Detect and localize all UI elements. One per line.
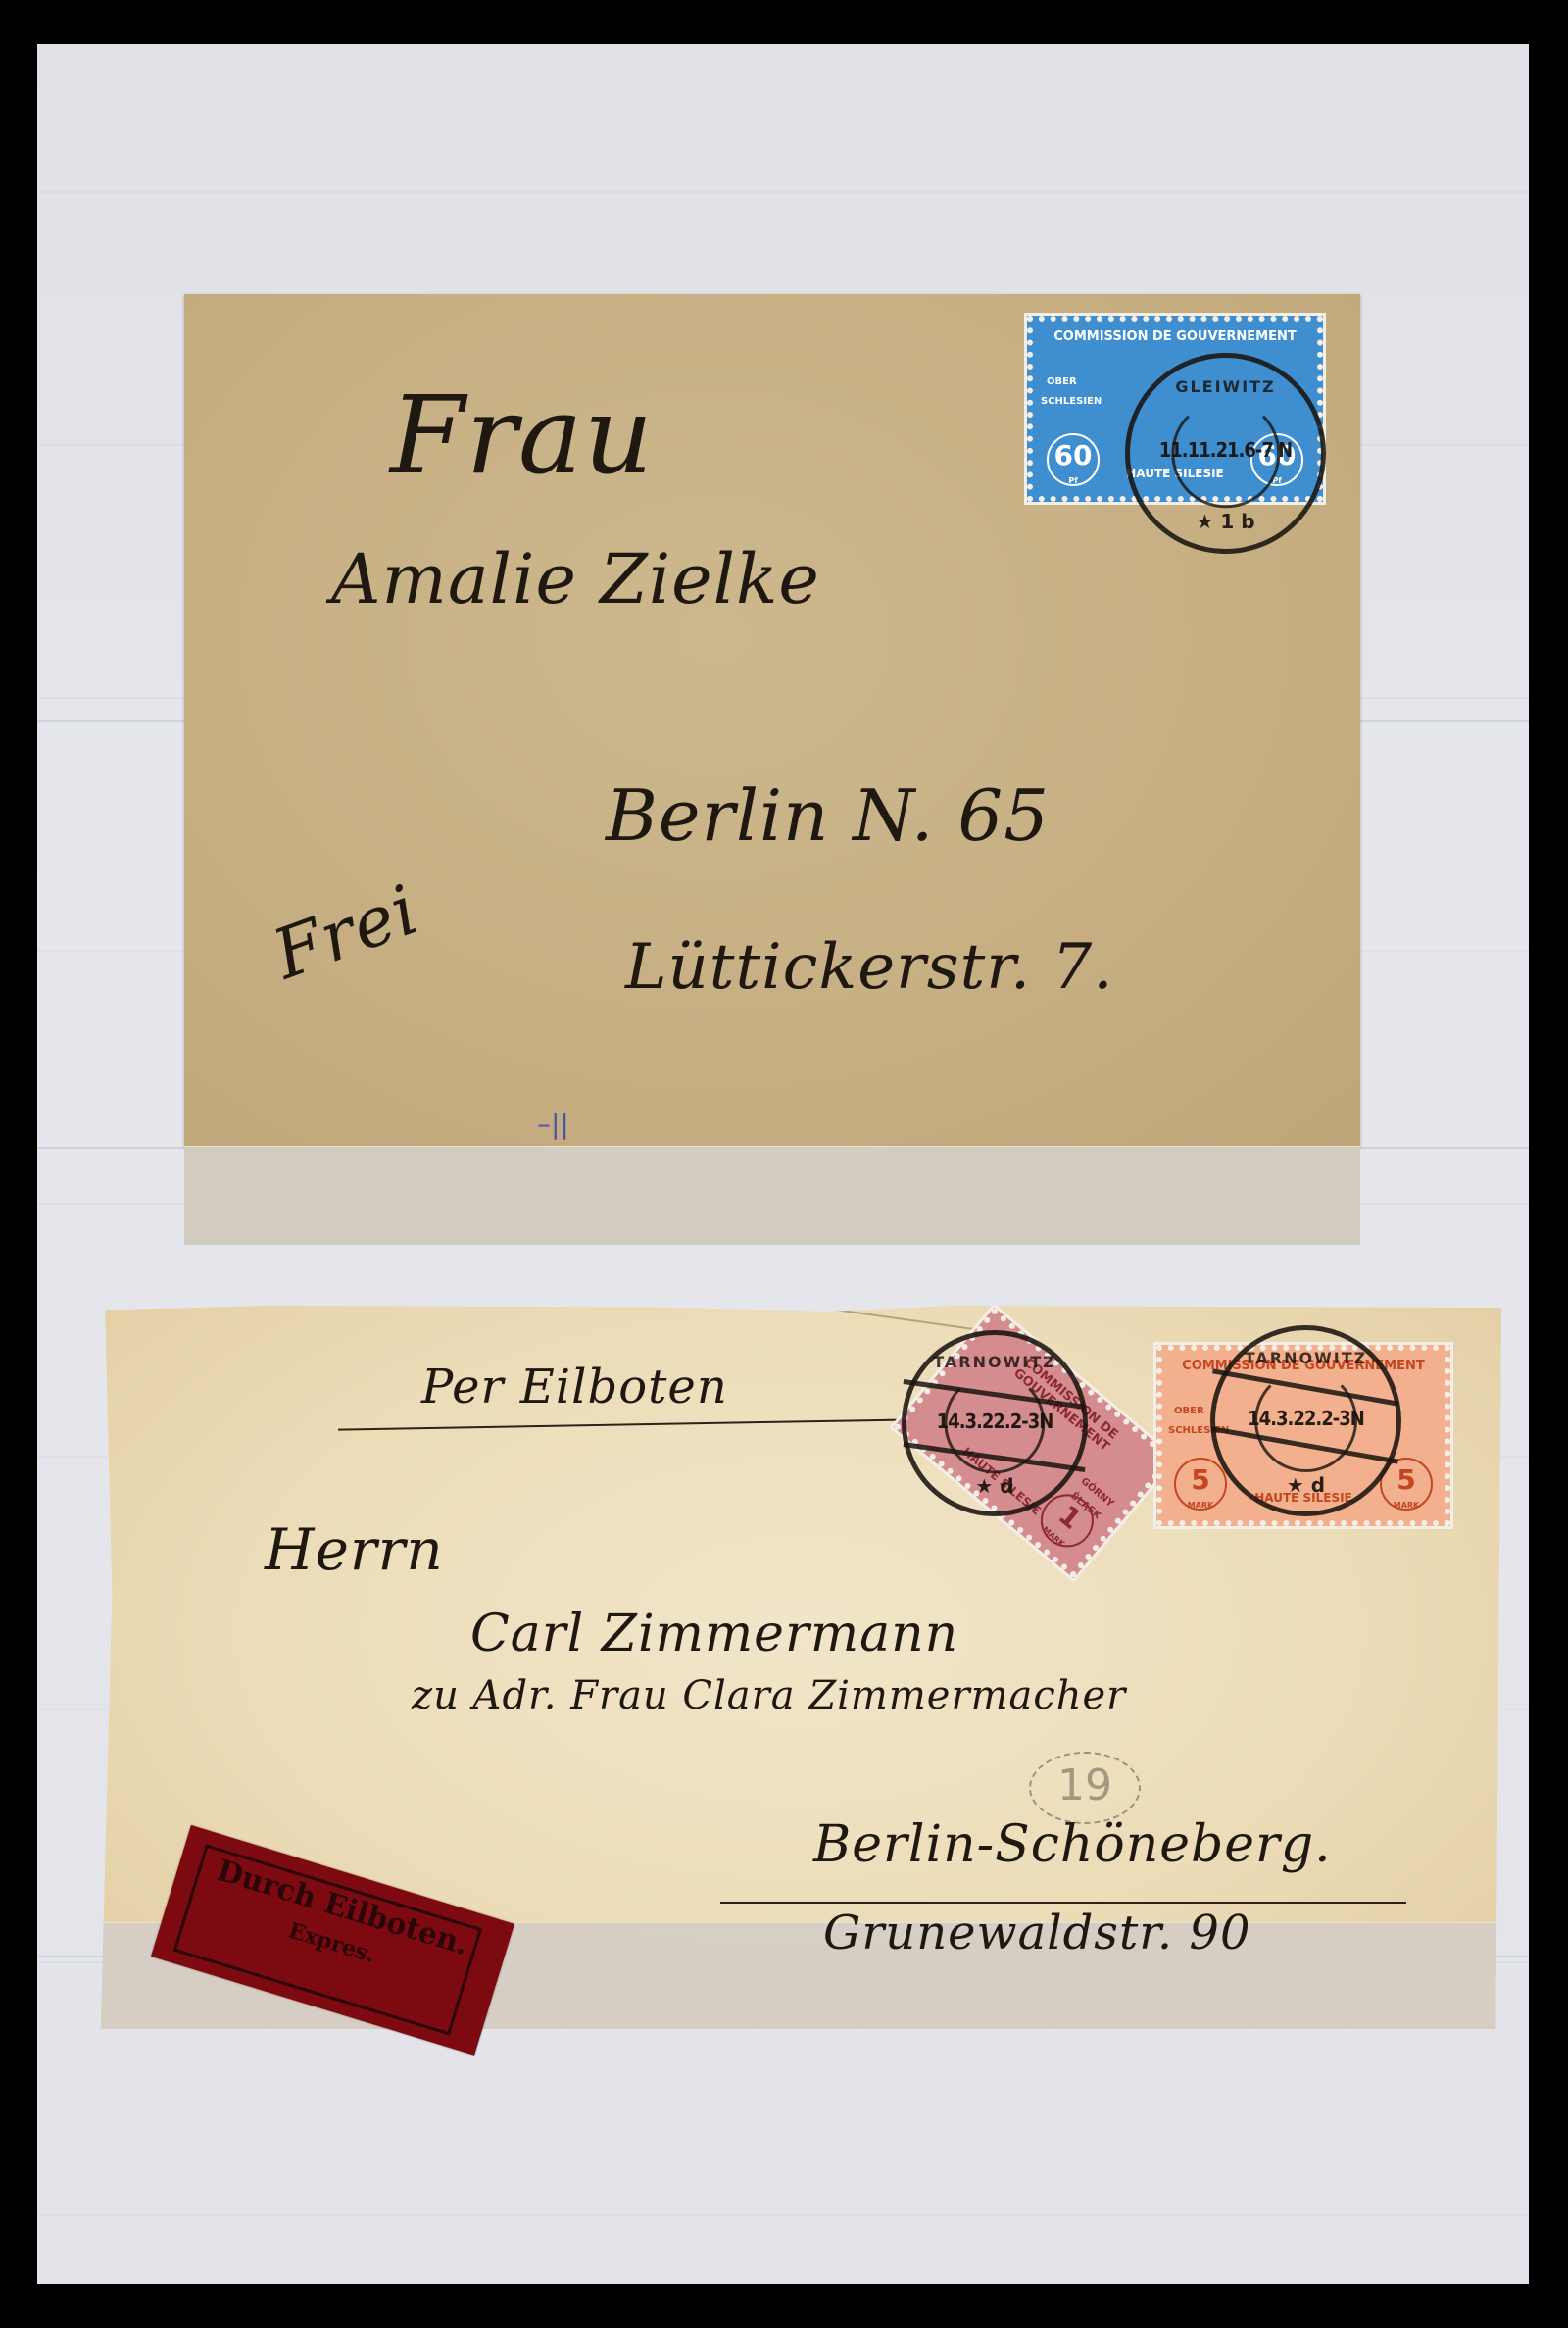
address-line: Berlin N. 65	[606, 774, 1050, 857]
cover-1-postmark: GLEIWITZ 11.11.21.6-7 N ★ 1 b	[1125, 353, 1326, 554]
stamp-value: 60Pf	[1047, 433, 1100, 486]
address-line: Amalie Zielke	[331, 539, 820, 619]
address-line: Herrn	[265, 1516, 444, 1583]
cover-2-postmark-1: TARNOWITZ 14.3.22.2-3N ★ d	[902, 1330, 1088, 1516]
underline-flourish	[338, 1417, 965, 1430]
cover-1-envelope: COMMISSION DE GOUVERNEMENT OBER SCHLESIE…	[184, 294, 1360, 1147]
cover-1-mount-strip	[184, 1146, 1360, 1245]
cover-2-postmark-2: TARNOWITZ 14.3.22.2-3N ★ d	[1210, 1325, 1401, 1516]
underline-flourish	[720, 1902, 1406, 1904]
address-line: Carl Zimmermann	[470, 1605, 958, 1663]
delivery-instruction: Per Eilboten	[421, 1360, 728, 1414]
corner-scribble: Frei	[263, 869, 428, 995]
address-line: zu Adr. Frau Clara Zimmermacher	[412, 1673, 1126, 1718]
address-line: Frau	[390, 372, 654, 498]
stamp-title: COMMISSION DE GOUVERNEMENT	[1037, 329, 1313, 344]
arrival-mark: 19	[1029, 1752, 1141, 1824]
address-line: Lüttickerstr. 7.	[625, 931, 1114, 1004]
pencil-note: –||	[537, 1108, 569, 1140]
stamp-side-text: SCHLESIEN	[1041, 396, 1102, 407]
address-line: Berlin-Schöneberg.	[813, 1815, 1332, 1874]
stamp-side-text: OBER	[1047, 376, 1077, 387]
address-line: Grunewaldstr. 90	[823, 1906, 1251, 1960]
